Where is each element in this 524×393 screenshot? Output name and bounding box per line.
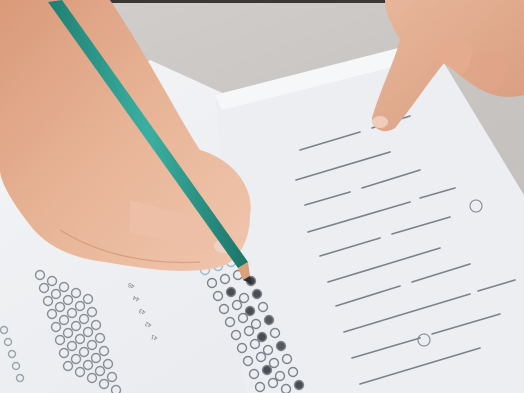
photo-scene: 45 44 43 42 41 <box>0 0 524 393</box>
photo-illustration: 45 44 43 42 41 <box>0 0 524 393</box>
